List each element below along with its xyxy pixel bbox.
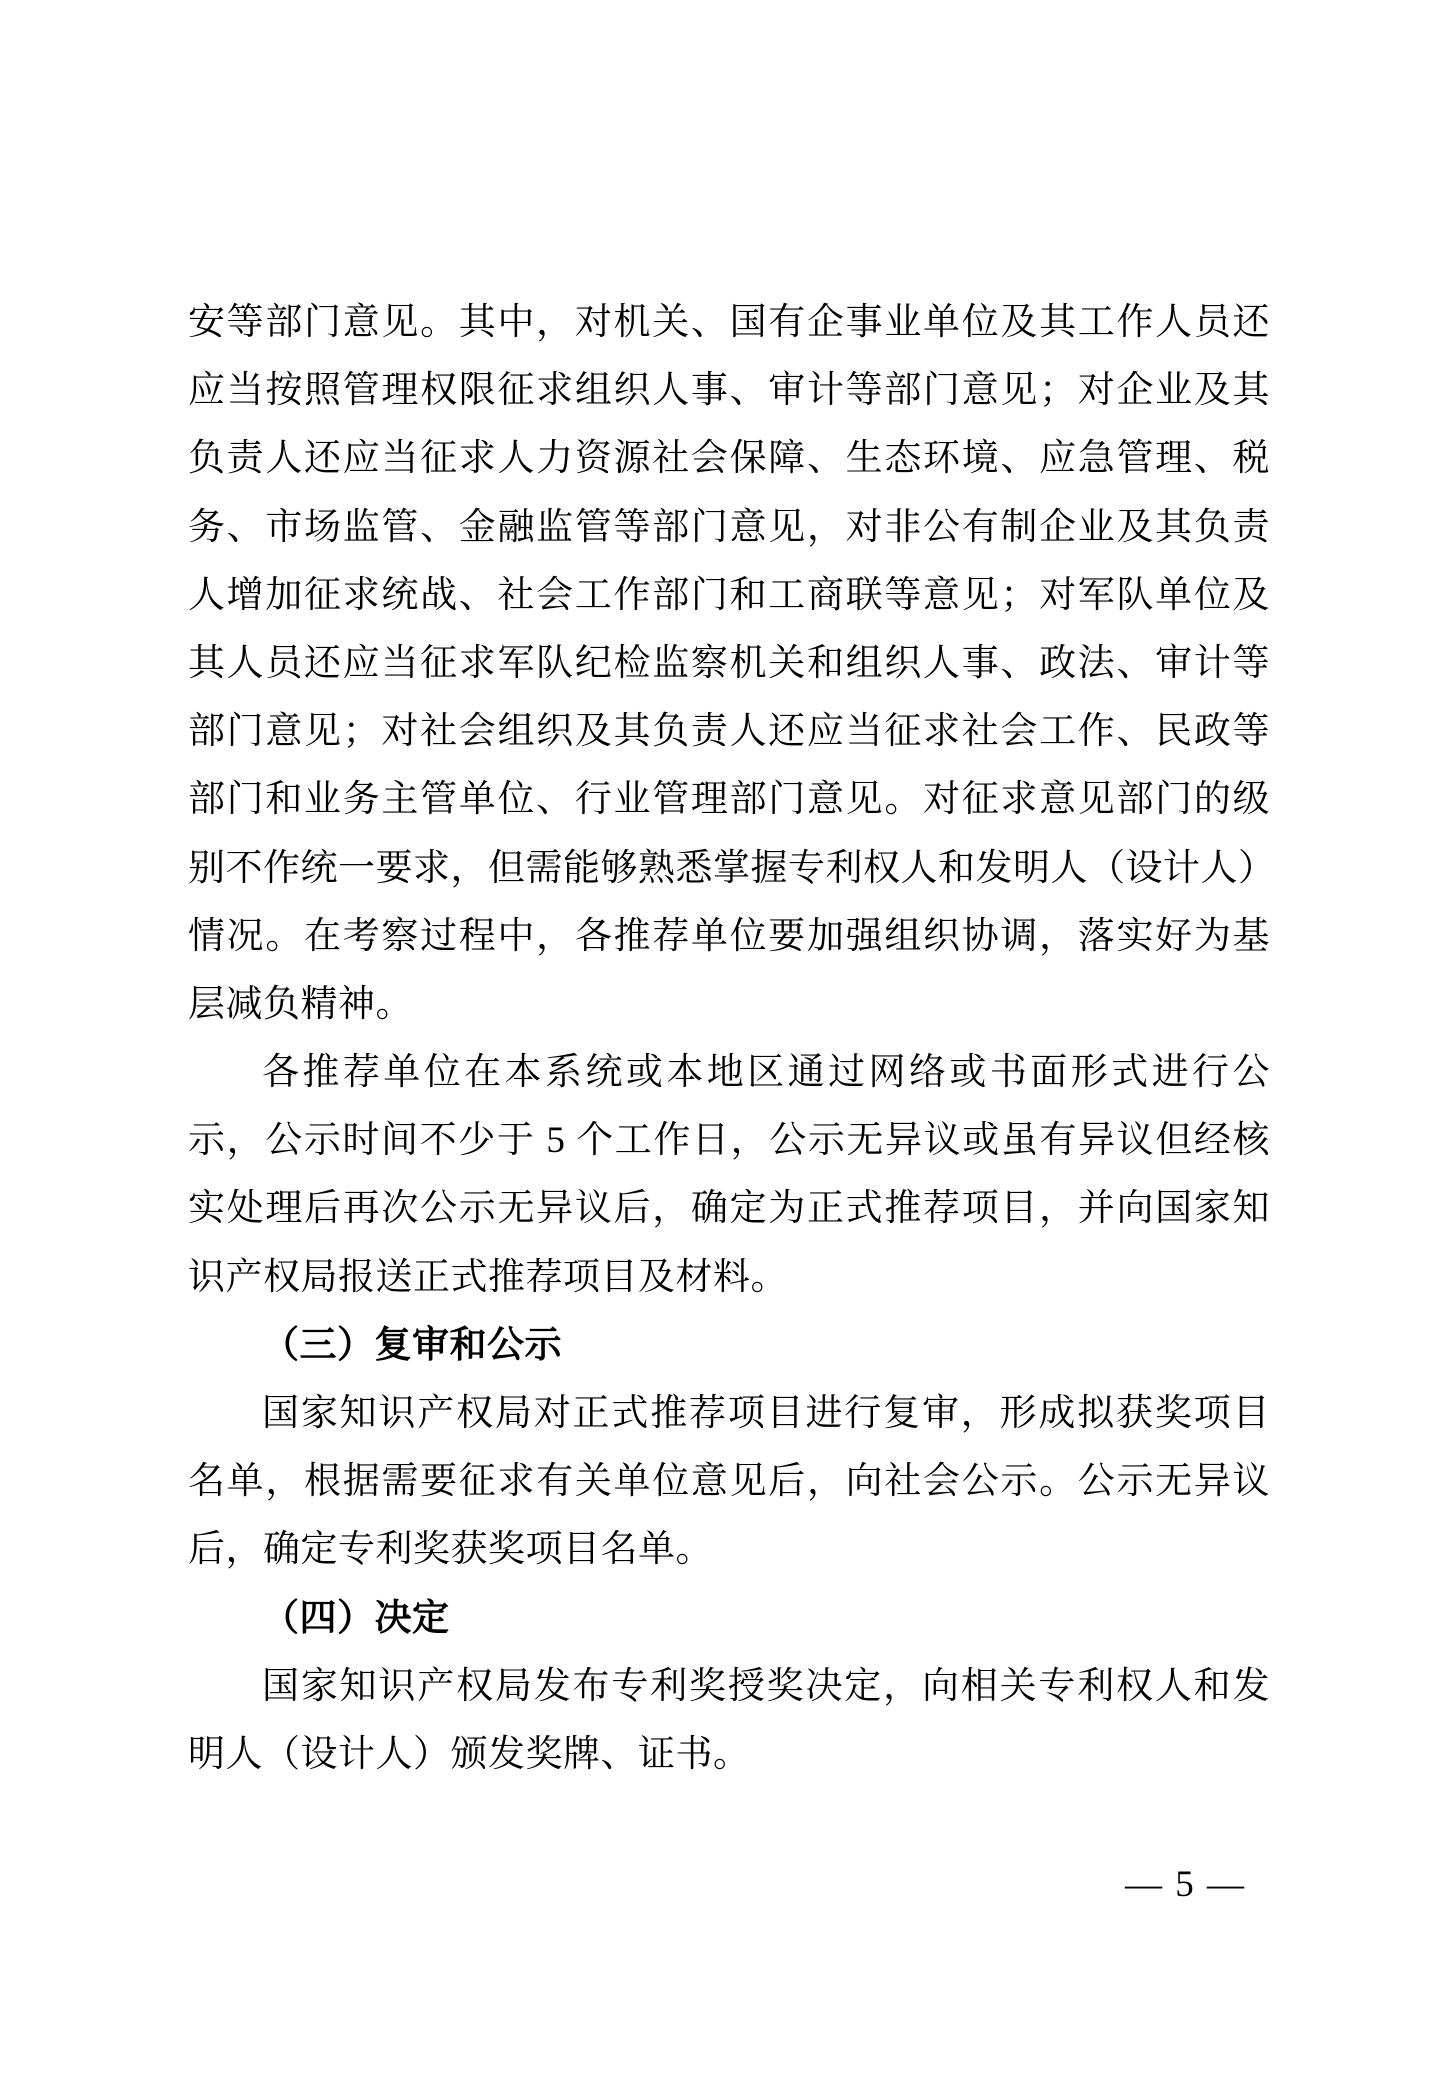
text-line: 明人（设计人）颁发奖牌、证书。 xyxy=(188,1721,1270,1789)
text-line: 识产权局报送正式推荐项目及材料。 xyxy=(188,1244,1270,1312)
text-line: 示，公示时间不少于 5 个工作日，公示无异议或虽有异议但经核 xyxy=(188,1107,1270,1175)
document-body: 安等部门意见。其中，对机关、国有企事业单位及其工作人员还应当按照管理权限征求组织… xyxy=(188,289,1270,1789)
text-line: 层减负精神。 xyxy=(188,971,1270,1039)
text-line: 务、市场监管、金融监管等部门意见，对非公有制企业及其负责 xyxy=(188,494,1270,562)
text-line: 负责人还应当征求人力资源社会保障、生态环境、应急管理、税 xyxy=(188,425,1270,493)
text-line: 其人员还应当征求军队纪检监察机关和组织人事、政法、审计等 xyxy=(188,630,1270,698)
text-line: 部门和业务主管单位、行业管理部门意见。对征求意见部门的级 xyxy=(188,766,1270,834)
text-line: 实处理后再次公示无异议后，确定为正式推荐项目，并向国家知 xyxy=(188,1175,1270,1243)
text-line: 名单，根据需要征求有关单位意见后，向社会公示。公示无异议 xyxy=(188,1448,1270,1516)
text-line: 国家知识产权局对正式推荐项目进行复审，形成拟获奖项目 xyxy=(188,1380,1270,1448)
text-line: 情况。在考察过程中，各推荐单位要加强组织协调，落实好为基 xyxy=(188,903,1270,971)
text-line: 部门意见；对社会组织及其负责人还应当征求社会工作、民政等 xyxy=(188,698,1270,766)
text-line: 各推荐单位在本系统或本地区通过网络或书面形式进行公 xyxy=(188,1039,1270,1107)
text-line: 人增加征求统战、社会工作部门和工商联等意见；对军队单位及 xyxy=(188,562,1270,630)
text-line: （四）决定 xyxy=(188,1585,1270,1653)
text-line: 后，确定专利奖获奖项目名单。 xyxy=(188,1516,1270,1584)
text-line: 国家知识产权局发布专利奖授奖决定，向相关专利权人和发 xyxy=(188,1653,1270,1721)
page-number: — 5 — xyxy=(946,1851,1246,1919)
text-line: 别不作统一要求，但需能够熟悉掌握专利权人和发明人（设计人） xyxy=(188,835,1270,903)
text-line: 安等部门意见。其中，对机关、国有企事业单位及其工作人员还 xyxy=(188,289,1270,357)
document-page: 安等部门意见。其中，对机关、国有企事业单位及其工作人员还应当按照管理权限征求组织… xyxy=(0,0,1450,2100)
text-line: 应当按照管理权限征求组织人事、审计等部门意见；对企业及其 xyxy=(188,357,1270,425)
text-line: （三）复审和公示 xyxy=(188,1312,1270,1380)
